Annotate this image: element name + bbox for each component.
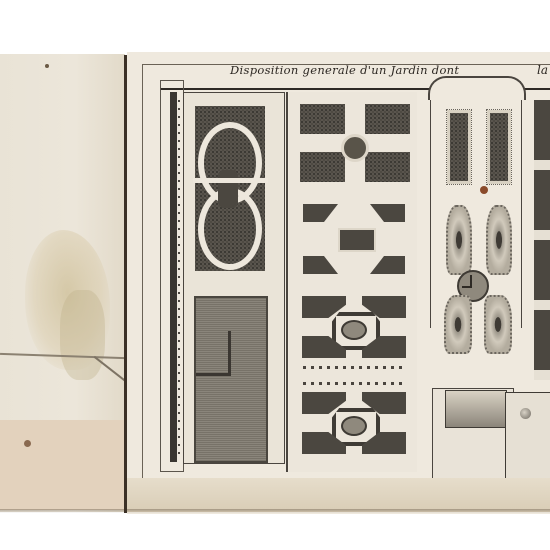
round-basin: [341, 134, 369, 162]
rectangular-parterre: [447, 110, 471, 184]
plate-title: Disposition generale d'un Jardin dont: [230, 63, 459, 77]
page-bottom-edge: [127, 478, 550, 512]
bosquet-strip: [534, 100, 550, 380]
basin-mark: [228, 331, 231, 373]
side-building: [505, 392, 550, 486]
paste-down-paper: [0, 420, 125, 510]
water-stain-secondary: [60, 290, 105, 380]
basin-mark: [196, 373, 231, 376]
rectangular-parterre: [487, 110, 511, 184]
basin-mark: [462, 286, 472, 288]
water-basin: [194, 296, 268, 463]
building-roof: [445, 390, 507, 428]
book-shadow: [0, 509, 550, 513]
cross-path: [193, 178, 268, 183]
terrace-cap: [428, 76, 526, 100]
ornamental-parterre: [486, 205, 512, 275]
fountain-basin: [341, 416, 367, 436]
rust-spot: [480, 186, 488, 194]
foxing-spot: [45, 64, 49, 68]
allee-line: [286, 92, 288, 472]
tree-row: [178, 100, 180, 455]
broderie-center: [218, 170, 238, 208]
tree-row: [303, 382, 407, 385]
grove-quarter: [365, 104, 410, 134]
center-compartment: [338, 228, 376, 252]
fountain-basin: [341, 320, 367, 340]
finial: [520, 408, 531, 419]
grove-quarter: [300, 104, 345, 134]
plate-title-continuation: la: [537, 63, 548, 77]
tree-row: [303, 366, 407, 369]
grove-quarter: [365, 152, 410, 182]
scroll-parterre: [484, 295, 512, 354]
foxing-spot: [24, 440, 31, 447]
hedge-band: [170, 92, 177, 462]
scroll-parterre: [444, 295, 472, 354]
ornamental-parterre: [446, 205, 472, 275]
grove-quarter: [300, 152, 345, 182]
